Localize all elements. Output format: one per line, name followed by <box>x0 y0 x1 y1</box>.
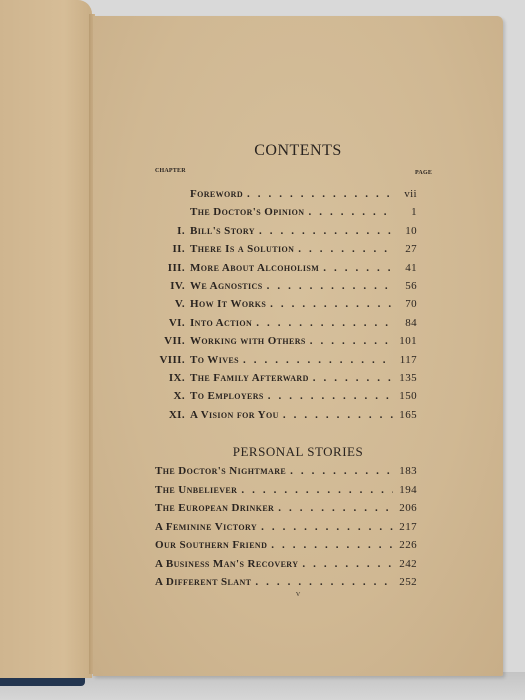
dot-leader: ........................................… <box>247 188 393 200</box>
story-title: The European Drinker <box>155 502 274 514</box>
chapter-entry: IV.We Agnostics.........................… <box>93 280 417 296</box>
chapter-number: V. <box>93 298 190 310</box>
chapter-number: IX. <box>93 372 190 384</box>
chapter-entry: II.There Is a Solution..................… <box>93 243 417 259</box>
dot-leader: ........................................… <box>313 372 393 384</box>
chapter-entry: IX.The Family Afterward.................… <box>93 372 417 388</box>
story-title: The Unbeliever <box>155 484 237 496</box>
page-ref: 206 <box>397 502 417 514</box>
page-ref: 1 <box>397 206 417 218</box>
chapter-number: VII. <box>93 335 190 347</box>
chapter-title: How It Works <box>190 298 266 310</box>
chapter-title: Bill's Story <box>190 225 255 237</box>
contents-page: CONTENTS CHAPTER PAGE Foreword..........… <box>93 16 503 676</box>
page-ref: 70 <box>397 298 417 310</box>
chapter-number: I. <box>93 225 190 237</box>
chapter-entry: III.More About Alcoholism...............… <box>93 262 417 278</box>
chapter-title: More About Alcoholism <box>190 262 319 274</box>
dot-leader: ........................................… <box>267 280 393 292</box>
left-page <box>0 0 92 678</box>
page-ref: 56 <box>397 280 417 292</box>
dot-leader: ........................................… <box>308 206 393 218</box>
chapter-title: There Is a Solution <box>190 243 294 255</box>
page-ref: 226 <box>397 539 417 551</box>
page-ref: 41 <box>397 262 417 274</box>
chapter-title: A Vision for You <box>190 409 279 421</box>
page-number: v <box>93 588 503 598</box>
chapter-number: IV. <box>93 280 190 292</box>
page-title: CONTENTS <box>93 142 503 160</box>
dot-leader: ........................................… <box>323 262 393 274</box>
dot-leader: ........................................… <box>259 225 393 237</box>
story-entry: The European Drinker....................… <box>155 502 417 518</box>
chapter-entry: V.How It Works..........................… <box>93 298 417 314</box>
dot-leader: ........................................… <box>243 354 393 366</box>
page-ref: 10 <box>397 225 417 237</box>
story-title: A Feminine Victory <box>155 521 257 533</box>
page-ref: 101 <box>397 335 417 347</box>
chapter-entry: The Doctor's Opinion....................… <box>93 206 417 222</box>
chapter-title: To Wives <box>190 354 239 366</box>
chapter-number: X. <box>93 390 190 402</box>
story-title: A Different Slant <box>155 576 251 588</box>
page-ref: vii <box>397 188 417 200</box>
dot-leader: ........................................… <box>278 502 393 514</box>
chapter-entry: XI.A Vision for You.....................… <box>93 409 417 425</box>
dot-leader: ........................................… <box>255 576 393 588</box>
chapter-entry: Foreword................................… <box>93 188 417 204</box>
page-ref: 252 <box>397 576 417 588</box>
dot-leader: ........................................… <box>271 539 393 551</box>
dot-leader: ........................................… <box>302 558 393 570</box>
chapter-number: III. <box>93 262 190 274</box>
chapter-column-label: CHAPTER <box>155 168 186 174</box>
dot-leader: ........................................… <box>241 484 393 496</box>
dot-leader: ........................................… <box>261 521 393 533</box>
chapter-number: VI. <box>93 317 190 329</box>
story-entry: A Business Man's Recovery...............… <box>155 558 417 574</box>
page-ref: 194 <box>397 484 417 496</box>
chapter-title: Foreword <box>190 188 243 200</box>
page-ref: 165 <box>397 409 417 421</box>
story-title: Our Southern Friend <box>155 539 267 551</box>
story-entry: The Doctor's Nightmare..................… <box>155 465 417 481</box>
page-ref: 217 <box>397 521 417 533</box>
chapter-number: XI. <box>93 409 190 421</box>
chapter-entry: I.Bill's Story..........................… <box>93 225 417 241</box>
story-entry: The Unbeliever..........................… <box>155 484 417 500</box>
page-ref: 135 <box>397 372 417 384</box>
chapter-title: Working with Others <box>190 335 306 347</box>
page-column-label: PAGE <box>415 170 432 176</box>
section-heading: PERSONAL STORIES <box>93 444 503 460</box>
chapter-number: II. <box>93 243 190 255</box>
chapter-entry: VII.Working with Others.................… <box>93 335 417 351</box>
dot-leader: ........................................… <box>268 390 393 402</box>
chapter-entry: VIII.To Wives...........................… <box>93 354 417 370</box>
story-entry: Our Southern Friend.....................… <box>155 539 417 555</box>
chapter-title: We Agnostics <box>190 280 263 292</box>
page-ref: 242 <box>397 558 417 570</box>
page-ref: 150 <box>397 390 417 402</box>
chapter-title: To Employers <box>190 390 264 402</box>
story-title: The Doctor's Nightmare <box>155 465 286 477</box>
chapter-title: Into Action <box>190 317 252 329</box>
chapter-number: VIII. <box>93 354 190 366</box>
page-ref: 183 <box>397 465 417 477</box>
chapter-title: The Doctor's Opinion <box>190 206 304 218</box>
story-entry: A Feminine Victory......................… <box>155 521 417 537</box>
chapter-entry: VI.Into Action..........................… <box>93 317 417 333</box>
dot-leader: ........................................… <box>290 465 393 477</box>
dot-leader: ........................................… <box>256 317 393 329</box>
page-ref: 27 <box>397 243 417 255</box>
dot-leader: ........................................… <box>270 298 393 310</box>
dot-leader: ........................................… <box>298 243 393 255</box>
dot-leader: ........................................… <box>310 335 393 347</box>
dot-leader: ........................................… <box>283 409 393 421</box>
page-ref: 84 <box>397 317 417 329</box>
page-ref: 117 <box>397 354 417 366</box>
chapter-title: The Family Afterward <box>190 372 309 384</box>
chapter-entry: X.To Employers..........................… <box>93 390 417 406</box>
story-title: A Business Man's Recovery <box>155 558 298 570</box>
